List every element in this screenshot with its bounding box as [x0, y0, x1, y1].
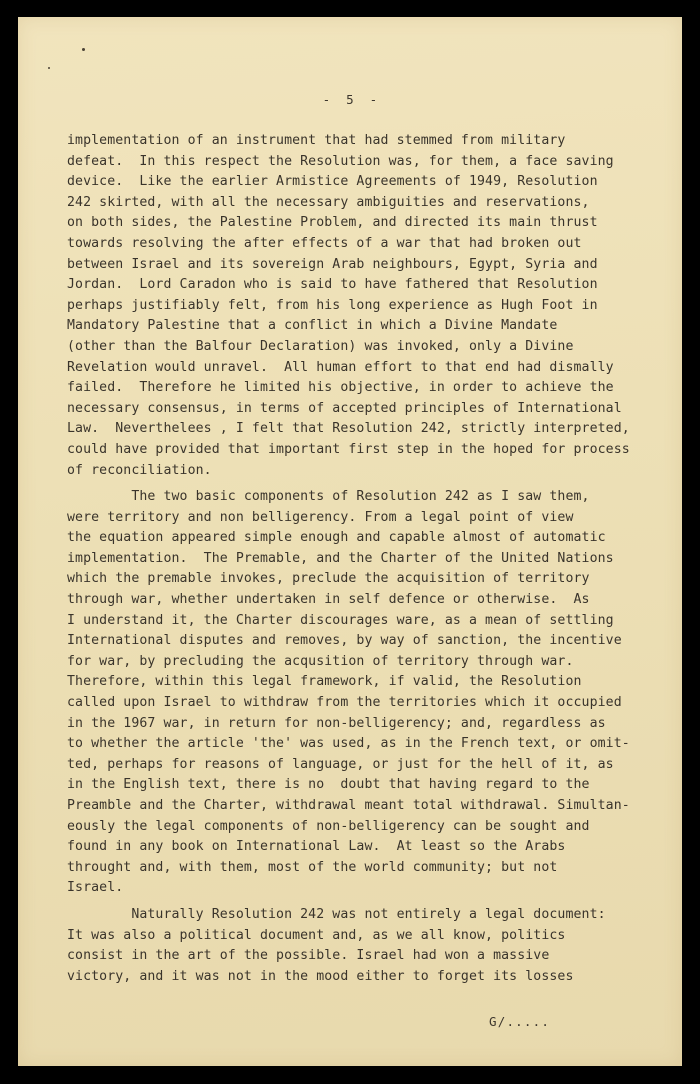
text-line: towards resolving the after effects of a… — [67, 234, 667, 255]
text-line: I understand it, the Charter discourages… — [67, 611, 667, 632]
page-number: - 5 - — [18, 92, 682, 107]
text-line: between Israel and its sovereign Arab ne… — [67, 255, 667, 276]
paragraph-3: Naturally Resolution 242 was not entirel… — [67, 905, 667, 987]
text-line: International disputes and removes, by w… — [67, 631, 667, 652]
text-line: of reconciliation. — [67, 461, 667, 482]
document-body: implementation of an instrument that had… — [67, 131, 667, 993]
text-line: (other than the Balfour Declaration) was… — [67, 337, 667, 358]
text-line: It was also a political document and, as… — [67, 926, 667, 947]
text-line: through war, whether undertaken in self … — [67, 590, 667, 611]
text-line: Jordan. Lord Caradon who is said to have… — [67, 275, 667, 296]
text-line: necessary consensus, in terms of accepte… — [67, 399, 667, 420]
text-line: in the 1967 war, in return for non-belli… — [67, 714, 667, 735]
document-page: - 5 - implementation of an instrument th… — [18, 17, 682, 1066]
text-line: which the premable invokes, preclude the… — [67, 569, 667, 590]
text-line: the equation appeared simple enough and … — [67, 528, 667, 549]
paper-speck — [82, 48, 85, 51]
text-line: to whether the article 'the' was used, a… — [67, 734, 667, 755]
text-line: implementation. The Premable, and the Ch… — [67, 549, 667, 570]
text-line: Preamble and the Charter, withdrawal mea… — [67, 796, 667, 817]
text-line: Naturally Resolution 242 was not entirel… — [67, 905, 667, 926]
text-line: failed. Therefore he limited his objecti… — [67, 378, 667, 399]
text-line: on both sides, the Palestine Problem, an… — [67, 213, 667, 234]
text-line: Revelation would unravel. All human effo… — [67, 358, 667, 379]
text-line: could have provided that important first… — [67, 440, 667, 461]
continuation-marker: G/..... — [489, 1014, 550, 1029]
paper-speck — [48, 67, 50, 69]
text-line: were territory and non belligerency. Fro… — [67, 508, 667, 529]
text-line: eously the legal components of non-belli… — [67, 817, 667, 838]
text-line: called upon Israel to withdraw from the … — [67, 693, 667, 714]
text-line: found in any book on International Law. … — [67, 837, 667, 858]
text-line: in the English text, there is no doubt t… — [67, 775, 667, 796]
text-line: consist in the art of the possible. Isra… — [67, 946, 667, 967]
text-line: 242 skirted, with all the necessary ambi… — [67, 193, 667, 214]
text-line: Therefore, within this legal framework, … — [67, 672, 667, 693]
text-line: defeat. In this respect the Resolution w… — [67, 152, 667, 173]
paragraph-1: implementation of an instrument that had… — [67, 131, 667, 481]
text-line: The two basic components of Resolution 2… — [67, 487, 667, 508]
text-line: for war, by precluding the acqusition of… — [67, 652, 667, 673]
text-line: Mandatory Palestine that a conflict in w… — [67, 316, 667, 337]
text-line: Law. Neverthelees , I felt that Resoluti… — [67, 419, 667, 440]
text-line: perhaps justifiably felt, from his long … — [67, 296, 667, 317]
text-line: ted, perhaps for reasons of language, or… — [67, 755, 667, 776]
text-line: throught and, with them, most of the wor… — [67, 858, 667, 879]
text-line: victory, and it was not in the mood eith… — [67, 967, 667, 988]
text-line: implementation of an instrument that had… — [67, 131, 667, 152]
text-line: device. Like the earlier Armistice Agree… — [67, 172, 667, 193]
paragraph-2: The two basic components of Resolution 2… — [67, 487, 667, 899]
text-line: Israel. — [67, 878, 667, 899]
